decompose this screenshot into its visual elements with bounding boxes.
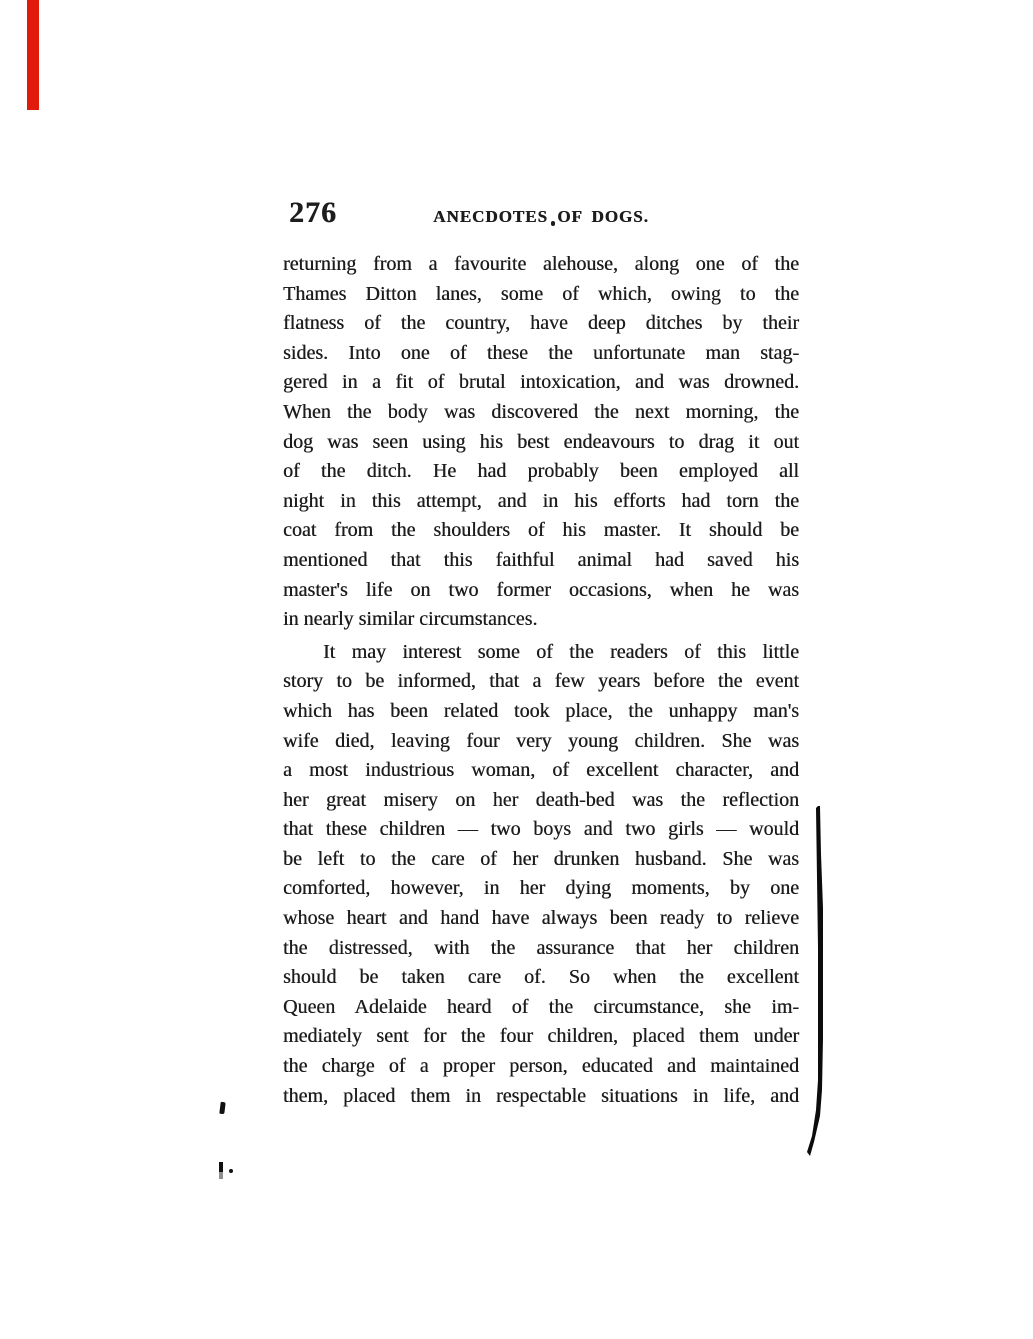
text-line: gered in a fit of brutal intoxication, a… bbox=[283, 368, 799, 398]
text-line: returning from a favourite alehouse, alo… bbox=[283, 250, 799, 280]
paragraph: returning from a favourite alehouse, alo… bbox=[283, 250, 799, 635]
text-line: which has been related took place, the u… bbox=[283, 697, 799, 727]
text-line: story to be informed, that a few years b… bbox=[283, 667, 799, 697]
text-line: the charge of a proper person, educated … bbox=[283, 1052, 799, 1082]
text-line: them, placed them in respectable situati… bbox=[283, 1082, 799, 1112]
text-line: mentioned that this faithful animal had … bbox=[283, 546, 799, 576]
text-line: a most industrious woman, of excellent c… bbox=[283, 756, 799, 786]
body-text: returning from a favourite alehouse, alo… bbox=[283, 250, 799, 1111]
book-page: 276 ANECDOTES OF DOGS. returning from a … bbox=[0, 0, 1033, 1339]
text-line: the distressed, with the assurance that … bbox=[283, 934, 799, 964]
text-line: When the body was discovered the next mo… bbox=[283, 398, 799, 428]
red-ribbon-artifact bbox=[27, 0, 39, 110]
text-line: should be taken care of. So when the exc… bbox=[283, 963, 799, 993]
text-line: It may interest some of the readers of t… bbox=[283, 638, 799, 668]
text-line: whose heart and hand have always been re… bbox=[283, 904, 799, 934]
text-line: dog was seen using his best endeavours t… bbox=[283, 428, 799, 458]
margin-exclamation-artifact bbox=[219, 1162, 223, 1179]
text-line: her great misery on her death-bed was th… bbox=[283, 786, 799, 816]
text-line: mediately sent for the four children, pl… bbox=[283, 1022, 799, 1052]
text-line: master's life on two former occasions, w… bbox=[283, 576, 799, 606]
text-line: flatness of the country, have deep ditch… bbox=[283, 309, 799, 339]
paragraph: It may interest some of the readers of t… bbox=[283, 638, 799, 1112]
margin-tick-artifact bbox=[219, 1102, 225, 1115]
text-line: Queen Adelaide heard of the circumstance… bbox=[283, 993, 799, 1023]
running-title: ANECDOTES OF DOGS. bbox=[283, 205, 799, 229]
scan-line-artifact bbox=[806, 798, 830, 1166]
text-line: night in this attempt, and in his effort… bbox=[283, 487, 799, 517]
text-line: comforted, however, in her dying moments… bbox=[283, 874, 799, 904]
text-line: that these children — two boys and two g… bbox=[283, 815, 799, 845]
ink-spot-artifact bbox=[551, 221, 555, 226]
text-line: Thames Ditton lanes, some of which, owin… bbox=[283, 280, 799, 310]
text-line: coat from the shoulders of his master. I… bbox=[283, 516, 799, 546]
text-line: in nearly similar circumstances. bbox=[283, 605, 799, 635]
text-line: be left to the care of her drunken husba… bbox=[283, 845, 799, 875]
text-line: wife died, leaving four very young child… bbox=[283, 727, 799, 757]
text-line: of the ditch. He had probably been emplo… bbox=[283, 457, 799, 487]
text-line: sides. Into one of these the unfortunate… bbox=[283, 339, 799, 369]
margin-exclamation-dot-artifact bbox=[229, 1169, 233, 1173]
